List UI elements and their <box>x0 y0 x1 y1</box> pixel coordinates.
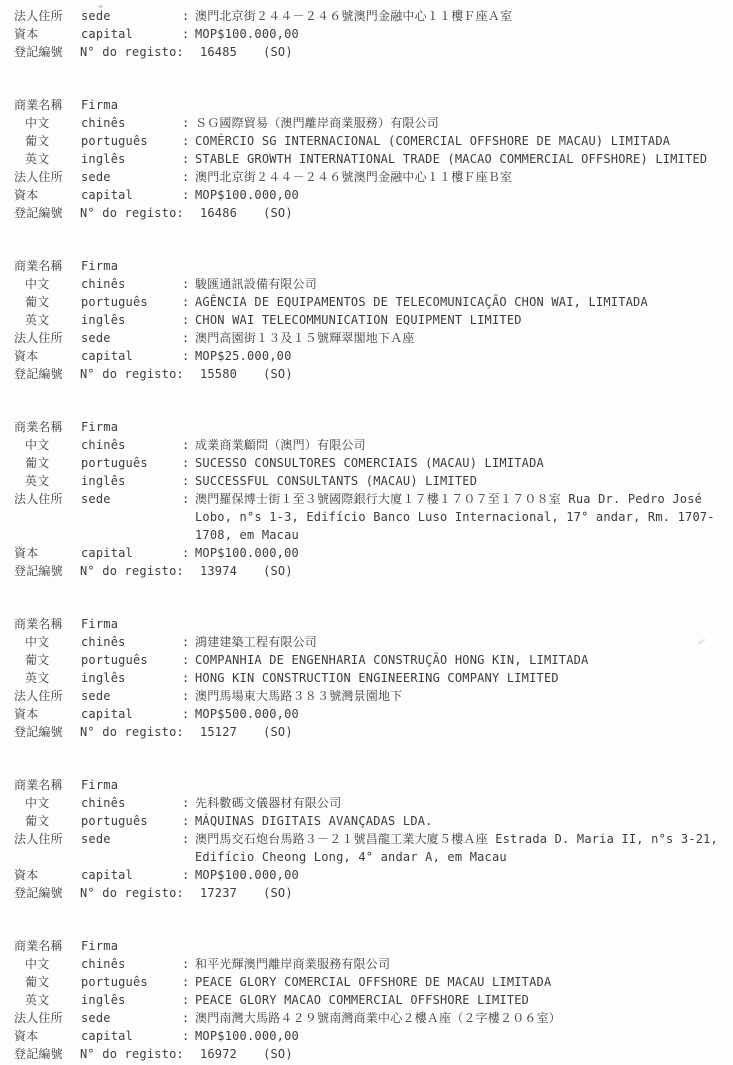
colon-separator: : <box>182 1027 195 1045</box>
field-label-zh: 法人住所 <box>0 168 81 186</box>
row-capital: 資本 capital : MOP$100.000,00 <box>0 544 733 562</box>
row-sede: 法人住所 sede : 澳門北京街２４４－２４６號澳門金融中心１１樓Ｆ座Ａ室 <box>0 7 733 25</box>
field-label-pt: português <box>81 454 182 472</box>
registry-entry: 商業名稱 Firma 中文 chinês : 先科數碼文儀器材有限公司 葡文 p… <box>0 776 733 902</box>
firm-label-zh: 商業名稱 <box>0 937 81 955</box>
registo-number: 16485 <box>200 43 237 61</box>
colon-separator: : <box>182 669 195 687</box>
colon-separator: : <box>182 991 195 1009</box>
field-value: PEACE GLORY MACAO COMMERCIAL OFFSHORE LI… <box>195 991 733 1009</box>
field-label-zh: 法人住所 <box>0 7 81 25</box>
field-label-pt: inglês <box>81 991 182 1009</box>
registry-listing: 法人住所 sede : 澳門北京街２４４－２４６號澳門金融中心１１樓Ｆ座Ａ室 資… <box>0 7 733 1063</box>
registo-number: 13974 <box>200 562 237 580</box>
registo-label-pt: N° do registo: <box>80 562 184 580</box>
field-value: HONG KIN CONSTRUCTION ENGINEERING COMPAN… <box>195 669 733 687</box>
colon-separator: : <box>182 490 195 508</box>
row-n-do-registo: 登記編號 N° do registo: 15580 (SO) <box>0 365 733 383</box>
firm-label-pt: Firma <box>81 776 182 794</box>
row-ingles: 英文 inglês : CHON WAI TELECOMMUNICATION E… <box>0 311 733 329</box>
colon-separator: : <box>182 7 195 25</box>
row-capital: 資本 capital : MOP$100.000,00 <box>0 186 733 204</box>
row-n-do-registo: 登記編號 N° do registo: 13974 (SO) <box>0 562 733 580</box>
field-value: MOP$100.000,00 <box>195 866 733 884</box>
field-label-zh: 資本 <box>0 705 81 723</box>
field-label-pt: sede <box>81 7 182 25</box>
colon-separator: : <box>182 329 195 347</box>
field-label-zh: 中文 <box>0 794 81 812</box>
row-chines: 中文 chinês : ＳＧ國際貿易（澳門離岸商業服務）有限公司 <box>0 114 733 132</box>
registo-suffix: (SO) <box>263 365 293 383</box>
colon-separator: : <box>182 544 195 562</box>
registo-suffix: (SO) <box>263 562 293 580</box>
field-label-pt: capital <box>81 866 182 884</box>
colon-separator: : <box>182 293 195 311</box>
field-label-zh: 葡文 <box>0 454 81 472</box>
registo-label-pt: N° do registo: <box>80 884 184 902</box>
row-capital: 資本 capital : MOP$100.000,00 <box>0 1027 733 1045</box>
row-capital: 資本 capital : MOP$25.000,00 <box>0 347 733 365</box>
colon-separator: : <box>182 454 195 472</box>
field-label-zh: 葡文 <box>0 132 81 150</box>
registo-label-zh: 登記編號 <box>0 884 66 902</box>
field-label-zh: 中文 <box>0 955 81 973</box>
colon-separator: : <box>182 25 195 43</box>
row-ingles: 英文 inglês : PEACE GLORY MACAO COMMERCIAL… <box>0 991 733 1009</box>
field-value: MOP$500.000,00 <box>195 705 733 723</box>
field-label-zh: 葡文 <box>0 812 81 830</box>
colon-separator: : <box>182 186 195 204</box>
field-label-zh: 英文 <box>0 991 81 1009</box>
row-firma: 商業名稱 Firma <box>0 418 733 436</box>
firm-label-zh: 商業名稱 <box>0 615 81 633</box>
registo-label-zh: 登記編號 <box>0 723 66 741</box>
registry-entry: 商業名稱 Firma 中文 chinês : 鴻建建築工程有限公司 葡文 por… <box>0 615 733 741</box>
field-label-pt: capital <box>81 1027 182 1045</box>
row-portugues: 葡文 português : PEACE GLORY COMERCIAL OFF… <box>0 973 733 991</box>
registo-label-zh: 登記編號 <box>0 365 66 383</box>
colon-separator: : <box>182 150 195 168</box>
field-label-zh: 資本 <box>0 186 81 204</box>
row-firma: 商業名稱 Firma <box>0 776 733 794</box>
colon-separator: : <box>182 651 195 669</box>
field-label-zh: 法人住所 <box>0 490 81 508</box>
field-label-zh: 英文 <box>0 669 81 687</box>
row-sede: 法人住所 sede : 澳門馬交石炮台馬路３－２１號昌龍工業大廈５樓Ａ座 Est… <box>0 830 733 866</box>
row-portugues: 葡文 português : SUCESSO CONSULTORES COMER… <box>0 454 733 472</box>
colon-separator: : <box>182 168 195 186</box>
row-chines: 中文 chinês : 鴻建建築工程有限公司 <box>0 633 733 651</box>
field-label-pt: inglês <box>81 669 182 687</box>
field-value: MOP$25.000,00 <box>195 347 733 365</box>
field-label-pt: capital <box>81 544 182 562</box>
firm-label-zh: 商業名稱 <box>0 257 81 275</box>
registo-suffix: (SO) <box>263 884 293 902</box>
field-label-pt: sede <box>81 687 182 705</box>
field-value: AGÊNCIA DE EQUIPAMENTOS DE TELECOMUNICAÇ… <box>195 293 733 311</box>
row-capital: 資本 capital : MOP$500.000,00 <box>0 705 733 723</box>
field-label-zh: 英文 <box>0 472 81 490</box>
row-n-do-registo: 登記編號 N° do registo: 16486 (SO) <box>0 204 733 222</box>
field-value: 和平光輝澳門離岸商業服務有限公司 <box>195 955 733 973</box>
registo-suffix: (SO) <box>263 43 293 61</box>
colon-separator: : <box>182 633 195 651</box>
field-value: 駿匯通訊設備有限公司 <box>195 275 733 293</box>
field-value: PEACE GLORY COMERCIAL OFFSHORE DE MACAU … <box>195 973 733 991</box>
field-label-zh: 法人住所 <box>0 687 81 705</box>
field-label-pt: português <box>81 812 182 830</box>
registry-entry: 商業名稱 Firma 中文 chinês : 駿匯通訊設備有限公司 葡文 por… <box>0 257 733 383</box>
field-label-zh: 葡文 <box>0 651 81 669</box>
registry-entry: 商業名稱 Firma 中文 chinês : 和平光輝澳門離岸商業服務有限公司 … <box>0 937 733 1063</box>
field-label-zh: 中文 <box>0 633 81 651</box>
firm-label-zh: 商業名稱 <box>0 96 81 114</box>
field-value: 成業商業顧問（澳門）有限公司 <box>195 436 733 454</box>
registo-number: 16486 <box>200 204 237 222</box>
field-label-zh: 資本 <box>0 25 81 43</box>
field-label-pt: português <box>81 651 182 669</box>
registo-suffix: (SO) <box>263 204 293 222</box>
row-ingles: 英文 inglês : SUCCESSFUL CONSULTANTS (MACA… <box>0 472 733 490</box>
field-value: SUCESSO CONSULTORES COMERCIAIS (MACAU) L… <box>195 454 733 472</box>
field-value: 先科數碼文儀器材有限公司 <box>195 794 733 812</box>
colon-separator: : <box>182 812 195 830</box>
row-firma: 商業名稱 Firma <box>0 615 733 633</box>
field-label-zh: 資本 <box>0 347 81 365</box>
colon-separator: : <box>182 114 195 132</box>
row-portugues: 葡文 português : MÁQUINAS DIGITAIS AVANÇAD… <box>0 812 733 830</box>
row-chines: 中文 chinês : 成業商業顧問（澳門）有限公司 <box>0 436 733 454</box>
colon-separator: : <box>182 705 195 723</box>
field-label-zh: 英文 <box>0 150 81 168</box>
firm-label-pt: Firma <box>81 418 182 436</box>
row-sede: 法人住所 sede : 澳門南灣大馬路４２９號南灣商業中心２樓Ａ座（２字樓２０６… <box>0 1009 733 1027</box>
colon-separator: : <box>182 436 195 454</box>
firm-label-pt: Firma <box>81 937 182 955</box>
field-label-zh: 資本 <box>0 866 81 884</box>
field-label-pt: chinês <box>81 955 182 973</box>
field-label-pt: sede <box>81 490 182 508</box>
field-label-zh: 英文 <box>0 311 81 329</box>
registo-label-pt: N° do registo: <box>80 365 184 383</box>
registo-label-pt: N° do registo: <box>80 723 184 741</box>
field-value: COMÉRCIO SG INTERNACIONAL (COMERCIAL OFF… <box>195 132 733 150</box>
colon-separator: : <box>182 347 195 365</box>
row-chines: 中文 chinês : 駿匯通訊設備有限公司 <box>0 275 733 293</box>
registo-label-pt: N° do registo: <box>80 204 184 222</box>
row-n-do-registo: 登記編號 N° do registo: 16972 (SO) <box>0 1045 733 1063</box>
field-label-pt: português <box>81 132 182 150</box>
firm-label-zh: 商業名稱 <box>0 418 81 436</box>
scanned-gazette-page: { "page": { "colon": ":", "entries": [ {… <box>0 0 733 1065</box>
field-value: MOP$100.000,00 <box>195 186 733 204</box>
colon-separator: : <box>182 1009 195 1027</box>
field-label-zh: 法人住所 <box>0 830 81 848</box>
field-value: STABLE GROWTH INTERNATIONAL TRADE (MACAO… <box>195 150 733 168</box>
field-value: 澳門馬交石炮台馬路３－２１號昌龍工業大廈５樓Ａ座 Estrada D. Mari… <box>195 830 733 866</box>
field-label-pt: inglês <box>81 311 182 329</box>
colon-separator: : <box>182 794 195 812</box>
field-label-pt: capital <box>81 186 182 204</box>
field-label-zh: 中文 <box>0 114 81 132</box>
colon-separator: : <box>182 472 195 490</box>
colon-separator: : <box>182 275 195 293</box>
registo-label-zh: 登記編號 <box>0 1045 66 1063</box>
registo-number: 15580 <box>200 365 237 383</box>
row-portugues: 葡文 português : COMPANHIA DE ENGENHARIA C… <box>0 651 733 669</box>
row-n-do-registo: 登記編號 N° do registo: 17237 (SO) <box>0 884 733 902</box>
field-label-pt: capital <box>81 25 182 43</box>
field-value: 鴻建建築工程有限公司 <box>195 633 733 651</box>
field-value: COMPANHIA DE ENGENHARIA CONSTRUÇÃO HONG … <box>195 651 733 669</box>
colon-separator: : <box>182 955 195 973</box>
field-value: 澳門羅保博士街１至３號國際銀行大廈１７樓１７０７至１７０８室 Rua Dr. P… <box>195 490 733 544</box>
field-label-zh: 資本 <box>0 1027 81 1045</box>
row-sede: 法人住所 sede : 澳門高園街１３及１５號輝翠閣地下Ａ座 <box>0 329 733 347</box>
field-label-zh: 資本 <box>0 544 81 562</box>
registry-entry: 商業名稱 Firma 中文 chinês : ＳＧ國際貿易（澳門離岸商業服務）有… <box>0 96 733 222</box>
field-label-pt: português <box>81 293 182 311</box>
field-value: MOP$100.000,00 <box>195 1027 733 1045</box>
colon-separator: : <box>182 973 195 991</box>
registry-entry: 商業名稱 Firma 中文 chinês : 成業商業顧問（澳門）有限公司 葡文… <box>0 418 733 580</box>
row-chines: 中文 chinês : 和平光輝澳門離岸商業服務有限公司 <box>0 955 733 973</box>
row-sede: 法人住所 sede : 澳門羅保博士街１至３號國際銀行大廈１７樓１７０７至１７０… <box>0 490 733 544</box>
firm-label-pt: Firma <box>81 615 182 633</box>
row-chines: 中文 chinês : 先科數碼文儀器材有限公司 <box>0 794 733 812</box>
field-label-zh: 法人住所 <box>0 1009 81 1027</box>
row-sede: 法人住所 sede : 澳門北京街２４４－２４６號澳門金融中心１１樓Ｆ座Ｂ室 <box>0 168 733 186</box>
field-value: 澳門馬場東大馬路３８３號灣景園地下 <box>195 687 733 705</box>
row-portugues: 葡文 português : COMÉRCIO SG INTERNACIONAL… <box>0 132 733 150</box>
field-value: SUCCESSFUL CONSULTANTS (MACAU) LIMITED <box>195 472 733 490</box>
row-n-do-registo: 登記編號 N° do registo: 16485 (SO) <box>0 43 733 61</box>
colon-separator: : <box>182 830 195 848</box>
row-capital: 資本 capital : MOP$100.000,00 <box>0 25 733 43</box>
registo-number: 15127 <box>200 723 237 741</box>
row-firma: 商業名稱 Firma <box>0 937 733 955</box>
row-n-do-registo: 登記編號 N° do registo: 15127 (SO) <box>0 723 733 741</box>
registo-suffix: (SO) <box>263 1045 293 1063</box>
scan-artifact <box>98 5 103 8</box>
field-label-pt: chinês <box>81 275 182 293</box>
row-ingles: 英文 inglês : HONG KIN CONSTRUCTION ENGINE… <box>0 669 733 687</box>
field-value: MÁQUINAS DIGITAIS AVANÇADAS LDA. <box>195 812 733 830</box>
field-label-zh: 中文 <box>0 275 81 293</box>
registo-label-pt: N° do registo: <box>80 1045 184 1063</box>
row-firma: 商業名稱 Firma <box>0 257 733 275</box>
firm-label-pt: Firma <box>81 96 182 114</box>
field-label-pt: capital <box>81 347 182 365</box>
row-ingles: 英文 inglês : STABLE GROWTH INTERNATIONAL … <box>0 150 733 168</box>
field-value: 澳門南灣大馬路４２９號南灣商業中心２樓Ａ座（２字樓２０６室） <box>195 1009 733 1027</box>
firm-label-zh: 商業名稱 <box>0 776 81 794</box>
field-value: 澳門北京街２４４－２４６號澳門金融中心１１樓Ｆ座Ａ室 <box>195 7 733 25</box>
field-label-pt: sede <box>81 329 182 347</box>
field-value: MOP$100.000,00 <box>195 544 733 562</box>
colon-separator: : <box>182 311 195 329</box>
field-value: 澳門北京街２４４－２４６號澳門金融中心１１樓Ｆ座Ｂ室 <box>195 168 733 186</box>
field-value: ＳＧ國際貿易（澳門離岸商業服務）有限公司 <box>195 114 733 132</box>
field-value: 澳門高園街１３及１５號輝翠閣地下Ａ座 <box>195 329 733 347</box>
field-label-pt: inglês <box>81 472 182 490</box>
field-value: MOP$100.000,00 <box>195 25 733 43</box>
registo-label-zh: 登記編號 <box>0 204 66 222</box>
row-portugues: 葡文 português : AGÊNCIA DE EQUIPAMENTOS D… <box>0 293 733 311</box>
field-label-pt: capital <box>81 705 182 723</box>
field-label-pt: chinês <box>81 436 182 454</box>
colon-separator: : <box>182 687 195 705</box>
field-value: CHON WAI TELECOMMUNICATION EQUIPMENT LIM… <box>195 311 733 329</box>
field-label-zh: 法人住所 <box>0 329 81 347</box>
field-label-pt: sede <box>81 168 182 186</box>
registo-label-zh: 登記編號 <box>0 562 66 580</box>
field-label-pt: chinês <box>81 633 182 651</box>
firm-label-pt: Firma <box>81 257 182 275</box>
field-label-zh: 葡文 <box>0 973 81 991</box>
row-firma: 商業名稱 Firma <box>0 96 733 114</box>
field-label-pt: inglês <box>81 150 182 168</box>
field-label-pt: chinês <box>81 794 182 812</box>
colon-separator: : <box>182 132 195 150</box>
row-capital: 資本 capital : MOP$100.000,00 <box>0 866 733 884</box>
field-label-pt: chinês <box>81 114 182 132</box>
registry-entry: 法人住所 sede : 澳門北京街２４４－２４６號澳門金融中心１１樓Ｆ座Ａ室 資… <box>0 7 733 61</box>
registo-label-zh: 登記編號 <box>0 43 66 61</box>
registo-number: 16972 <box>200 1045 237 1063</box>
field-label-pt: sede <box>81 1009 182 1027</box>
field-label-zh: 葡文 <box>0 293 81 311</box>
row-sede: 法人住所 sede : 澳門馬場東大馬路３８３號灣景園地下 <box>0 687 733 705</box>
registo-number: 17237 <box>200 884 237 902</box>
registo-label-pt: N° do registo: <box>80 43 184 61</box>
field-label-zh: 中文 <box>0 436 81 454</box>
colon-separator: : <box>182 866 195 884</box>
field-label-pt: português <box>81 973 182 991</box>
registo-suffix: (SO) <box>263 723 293 741</box>
field-label-pt: sede <box>81 830 182 848</box>
